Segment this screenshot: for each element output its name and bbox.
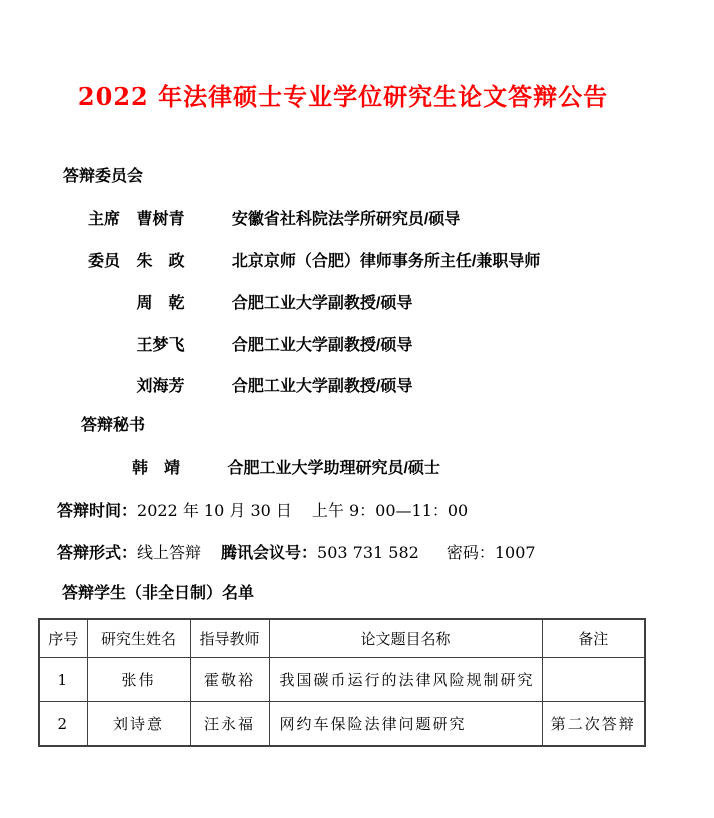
member-affiliation: 合肥工业大学副教授/硕导 [232, 377, 412, 396]
member-affiliation: 安徽省社科院法学所研究员/硕导 [232, 210, 460, 229]
member-name: 曹树青 [136, 210, 227, 229]
committee-member-row: 王梦飞 合肥工业大学副教授/硕导 [88, 336, 412, 355]
meeting-id-label: 腾讯会议号： [221, 545, 317, 562]
cell-note [542, 658, 645, 702]
cell-name: 刘诗意 [87, 702, 190, 747]
member-affiliation: 北京京师（合肥）律师事务所主任/兼职导师 [232, 252, 540, 271]
member-role: 主席 [88, 210, 132, 229]
defense-time-range: 上午 9：00—11：00 [312, 501, 468, 520]
meeting-password-value: 1007 [495, 543, 536, 562]
table-row: 1 张伟 霍敬裕 我国碳币运行的法律风险规制研究 [39, 658, 645, 702]
defense-format-value: 线上答辩 [137, 543, 201, 562]
defense-time-line: 答辩时间：2022 年 10 月 30 日上午 9：00—11：00 [57, 501, 468, 522]
member-name: 王梦飞 [136, 336, 227, 355]
cell-no: 1 [39, 658, 87, 702]
cell-name: 张伟 [87, 658, 190, 702]
secretary-row: 韩 靖 合肥工业大学助理研究员/硕士 [132, 459, 440, 478]
member-name: 周 乾 [136, 294, 227, 313]
member-affiliation: 合肥工业大学副教授/硕导 [232, 336, 412, 355]
cell-note: 第二次答辩 [542, 702, 645, 747]
defense-format-line: 答辩形式：线上答辩腾讯会议号：503 731 582密码：1007 [57, 543, 536, 564]
header-advisor: 指导教师 [190, 619, 269, 658]
meeting-password-label: 密码： [447, 543, 495, 562]
cell-thesis: 网约车保险法律问题研究 [269, 702, 542, 747]
table-row: 2 刘诗意 汪永福 网约车保险法律问题研究 第二次答辩 [39, 702, 645, 747]
committee-member-row: 主席 曹树青 安徽省社科院法学所研究员/硕导 [88, 210, 460, 229]
member-role: 委员 [88, 252, 132, 271]
committee-member-row: 委员 朱 政 北京京师（合肥）律师事务所主任/兼职导师 [88, 252, 540, 271]
secretary-heading: 答辩秘书 [81, 416, 145, 435]
students-table: 序号 研究生姓名 指导教师 论文题目名称 备注 1 张伟 霍敬裕 我国碳币运行的… [38, 618, 646, 747]
header-no: 序号 [39, 619, 87, 658]
cell-thesis: 我国碳币运行的法律风险规制研究 [269, 658, 542, 702]
cell-no: 2 [39, 702, 87, 747]
committee-heading: 答辩委员会 [63, 167, 143, 186]
committee-member-row: 周 乾 合肥工业大学副教授/硕导 [88, 294, 412, 313]
defense-format-label: 答辩形式： [57, 545, 137, 562]
defense-time-label: 答辩时间： [57, 503, 137, 520]
secretary-name: 韩 靖 [132, 459, 223, 478]
member-name: 刘海芳 [136, 377, 227, 396]
defense-time-date: 2022 年 10 月 30 日 [137, 501, 292, 520]
announcement-document: { "title": { "text": "2022 年法律硕士专业学位研究生论… [0, 0, 714, 818]
header-thesis: 论文题目名称 [269, 619, 542, 658]
page-title: 2022 年法律硕士专业学位研究生论文答辩公告 [0, 82, 686, 112]
students-list-heading: 答辩学生（非全日制）名单 [62, 584, 254, 603]
cell-advisor: 霍敬裕 [190, 658, 269, 702]
header-note: 备注 [542, 619, 645, 658]
member-affiliation: 合肥工业大学副教授/硕导 [232, 294, 412, 313]
header-name: 研究生姓名 [87, 619, 190, 658]
cell-advisor: 汪永福 [190, 702, 269, 747]
table-header-row: 序号 研究生姓名 指导教师 论文题目名称 备注 [39, 619, 645, 658]
committee-member-row: 刘海芳 合肥工业大学副教授/硕导 [88, 377, 412, 396]
secretary-affiliation: 合肥工业大学助理研究员/硕士 [227, 459, 439, 478]
member-name: 朱 政 [136, 252, 227, 271]
meeting-id-value: 503 731 582 [317, 543, 419, 562]
